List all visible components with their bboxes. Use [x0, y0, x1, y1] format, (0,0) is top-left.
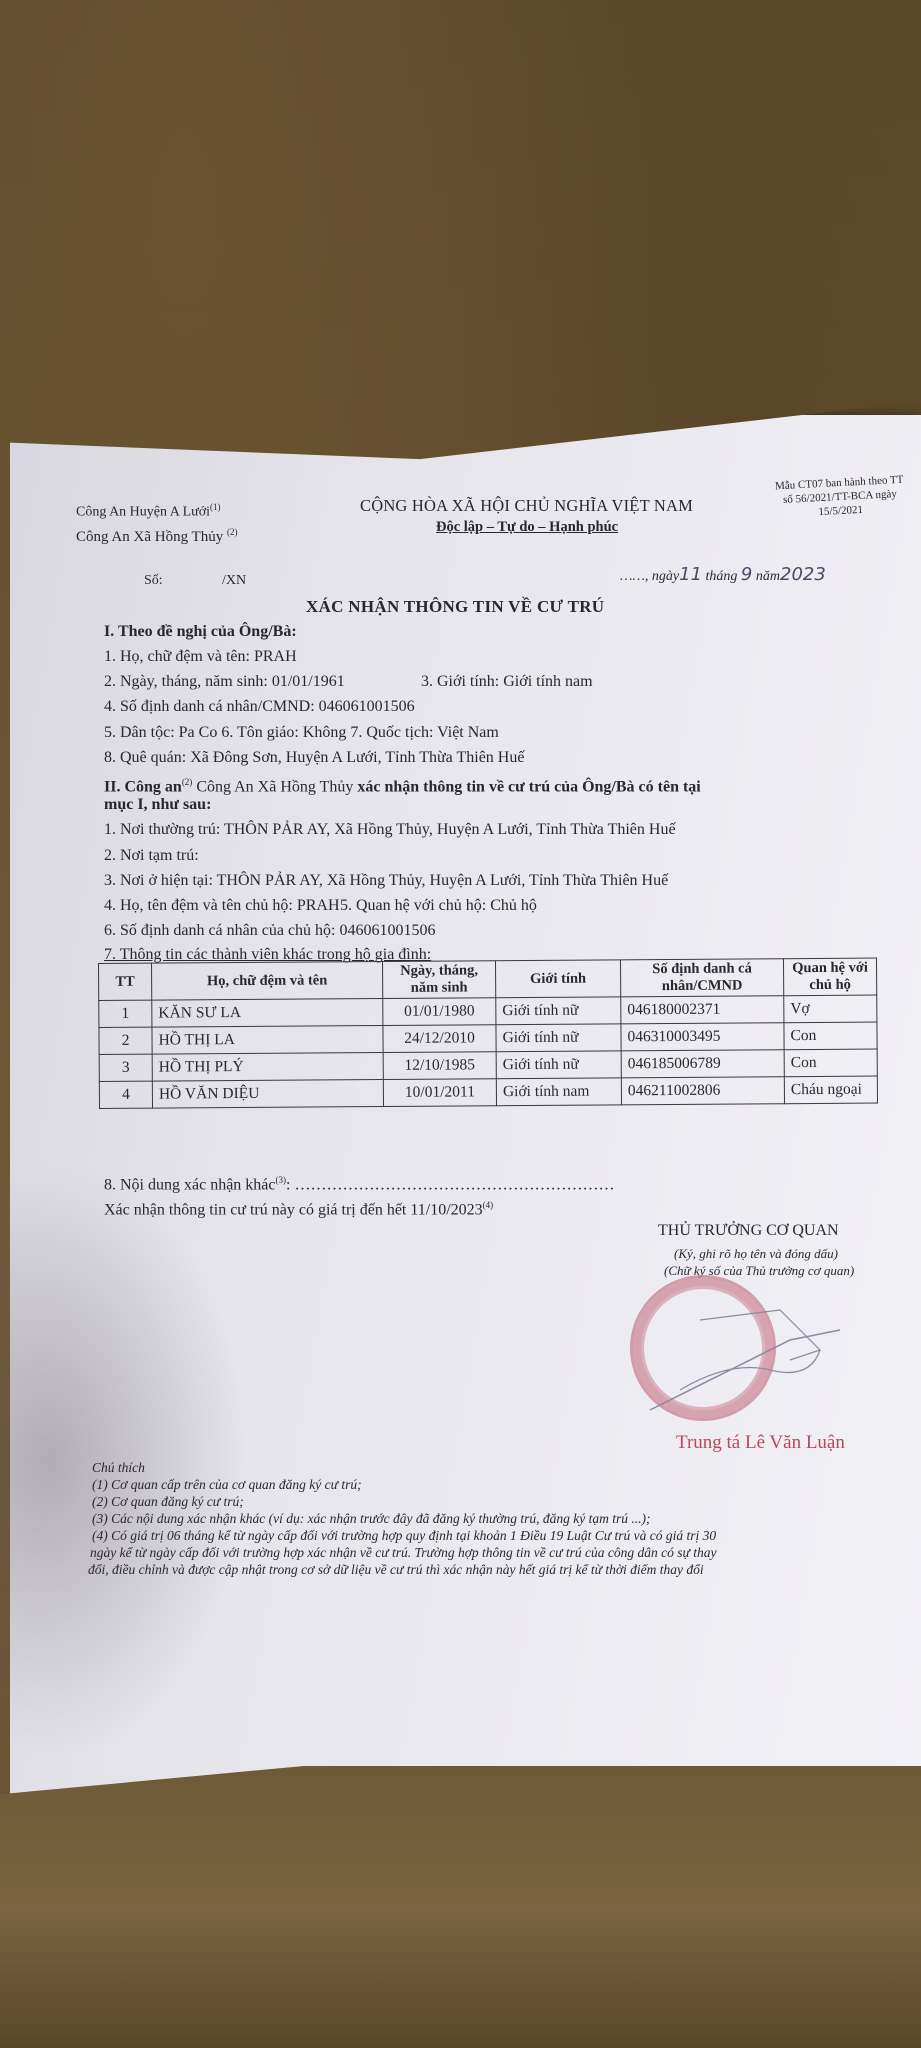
current-address: 3. Nơi ở hiện tại: THÔN PẢR AY, Xã Hồng …	[104, 871, 668, 891]
other-content: 8. Nội dung xác nhận khác(3): ……………………………	[104, 1170, 614, 1195]
col-header: TT	[99, 963, 152, 1000]
section2-heading-line2: mục I, như sau:	[104, 795, 211, 815]
applicant-id: 4. Số định danh cá nhân/CMND: 0460610015…	[104, 697, 415, 717]
table-cell: 1	[99, 1000, 152, 1027]
number-label: Số:	[144, 571, 163, 591]
table-cell: 046310003495	[621, 1023, 784, 1051]
table-cell: Giới tính nữ	[496, 997, 621, 1025]
table-cell: HỒ THỊ PLÝ	[152, 1053, 383, 1082]
household-head-id: 6. Số định danh cá nhân của chủ hộ: 0460…	[104, 921, 436, 941]
applicant-ethnicity: 5. Dân tộc: Pa Co 6. Tôn giáo: Không 7. …	[104, 723, 499, 743]
note-item: (4) Có giá trị 06 tháng kể từ ngày cấp đ…	[92, 1528, 716, 1544]
applicant-gender: 3. Giới tính: Giới tính nam	[421, 672, 593, 692]
table-cell: Cháu ngoại	[784, 1076, 877, 1104]
table-cell: Giới tính nữ	[496, 1051, 621, 1079]
signature-title: THỦ TRƯỞNG CƠ QUAN	[658, 1221, 839, 1241]
table-cell: KĂN SƯ LA	[152, 999, 383, 1028]
table-cell: 046180002371	[621, 996, 784, 1024]
col-header: Họ, chữ đệm và tên	[152, 962, 383, 1001]
household-members-table: TT Họ, chữ đệm và tên Ngày, tháng, năm s…	[98, 958, 878, 1109]
table-cell: Vợ	[784, 995, 877, 1023]
date-day: 11	[679, 564, 702, 585]
signer-name: Trung tá Lê Văn Luận	[676, 1433, 845, 1453]
signature-icon	[640, 1300, 840, 1420]
note-item: (3) Các nội dung xác nhận khác (ví dụ: x…	[92, 1511, 651, 1527]
table-cell: 10/01/2011	[383, 1079, 496, 1107]
validity-statement: Xác nhận thông tin cư trú này có giá trị…	[104, 1195, 493, 1220]
issue-date: ……, ngày11 tháng 9 năm2023	[620, 565, 826, 587]
applicant-hometown: 8. Quê quán: Xã Đông Sơn, Huyện A Lưới, …	[104, 748, 524, 768]
notes-heading: Chú thích	[92, 1460, 145, 1476]
parent-agency: Công An Huyện A Lưới(1)	[76, 497, 221, 523]
col-header: Giới tính	[495, 960, 620, 998]
household-relation: 5. Quan hệ với chủ hộ: Chủ hộ	[340, 896, 537, 916]
note-item: ngày kể từ ngày cấp đối với trường hợp x…	[90, 1545, 716, 1561]
applicant-name: 1. Họ, chữ đệm và tên: PRAH	[104, 647, 297, 667]
applicant-dob: 2. Ngày, tháng, năm sinh: 01/01/1961	[104, 672, 345, 692]
table-cell: HỒ THỊ LA	[152, 1026, 383, 1055]
table-cell: 046185006789	[621, 1050, 784, 1078]
table-header-row: TT Họ, chữ đệm và tên Ngày, tháng, năm s…	[99, 958, 877, 1000]
permanent-address: 1. Nơi thường trú: THÔN PẢR AY, Xã Hồng …	[104, 820, 676, 840]
table-cell: Giới tính nữ	[496, 1024, 621, 1052]
table-cell: 24/12/2010	[383, 1025, 496, 1053]
note-item: đổi, điều chỉnh và được cập nhật trong c…	[88, 1562, 704, 1578]
section2-heading: II. Công an(2) Công An Xã Hồng Thủy xác …	[104, 772, 701, 797]
temporary-address: 2. Nơi tạm trú:	[104, 846, 199, 866]
col-header: Quan hệ với chủ hộ	[783, 958, 876, 996]
col-header: Số định danh cá nhân/CMND	[620, 959, 783, 997]
col-header: Ngày, tháng, năm sinh	[382, 961, 495, 999]
table-cell: HỒ VĂN DIỆU	[152, 1080, 383, 1109]
date-year: 2023	[780, 564, 826, 585]
table-cell: 046211002806	[621, 1077, 784, 1105]
table-cell: 12/10/1985	[383, 1052, 496, 1080]
table-cell: 01/01/1980	[383, 998, 496, 1026]
form-note: Mẫu CT07 ban hành theo TT số 56/2021/TT-…	[769, 472, 911, 521]
date-month: 9	[741, 564, 752, 585]
table-cell: 4	[99, 1081, 152, 1108]
table-cell: Con	[784, 1022, 877, 1050]
note-item: (2) Cơ quan đăng ký cư trú;	[92, 1494, 244, 1510]
household-head-name: 4. Họ, tên đệm và tên chủ hộ: PRAH	[104, 896, 340, 916]
national-motto: Độc lập – Tự do – Hạnh phúc	[436, 517, 618, 537]
table-cell: Giới tính nam	[496, 1078, 621, 1106]
document-title: XÁC NHẬN THÔNG TIN VỀ CƯ TRÚ	[306, 597, 604, 617]
table-cell: Con	[784, 1049, 877, 1077]
table-row: 4HỒ VĂN DIỆU10/01/2011Giới tính nam04621…	[99, 1076, 877, 1108]
issuing-agency: Công An Xã Hồng Thủy (2)	[76, 522, 237, 547]
number-suffix: /XN	[222, 571, 246, 591]
national-title: CỘNG HÒA XÃ HỘI CHỦ NGHĨA VIỆT NAM	[360, 496, 693, 516]
table-surface	[0, 1766, 921, 2048]
note-item: (1) Cơ quan cấp trên của cơ quan đăng ký…	[92, 1477, 362, 1493]
table-cell: 3	[99, 1054, 152, 1081]
section1-heading: I. Theo đề nghị của Ông/Bà:	[104, 622, 297, 642]
table-cell: 2	[99, 1027, 152, 1054]
